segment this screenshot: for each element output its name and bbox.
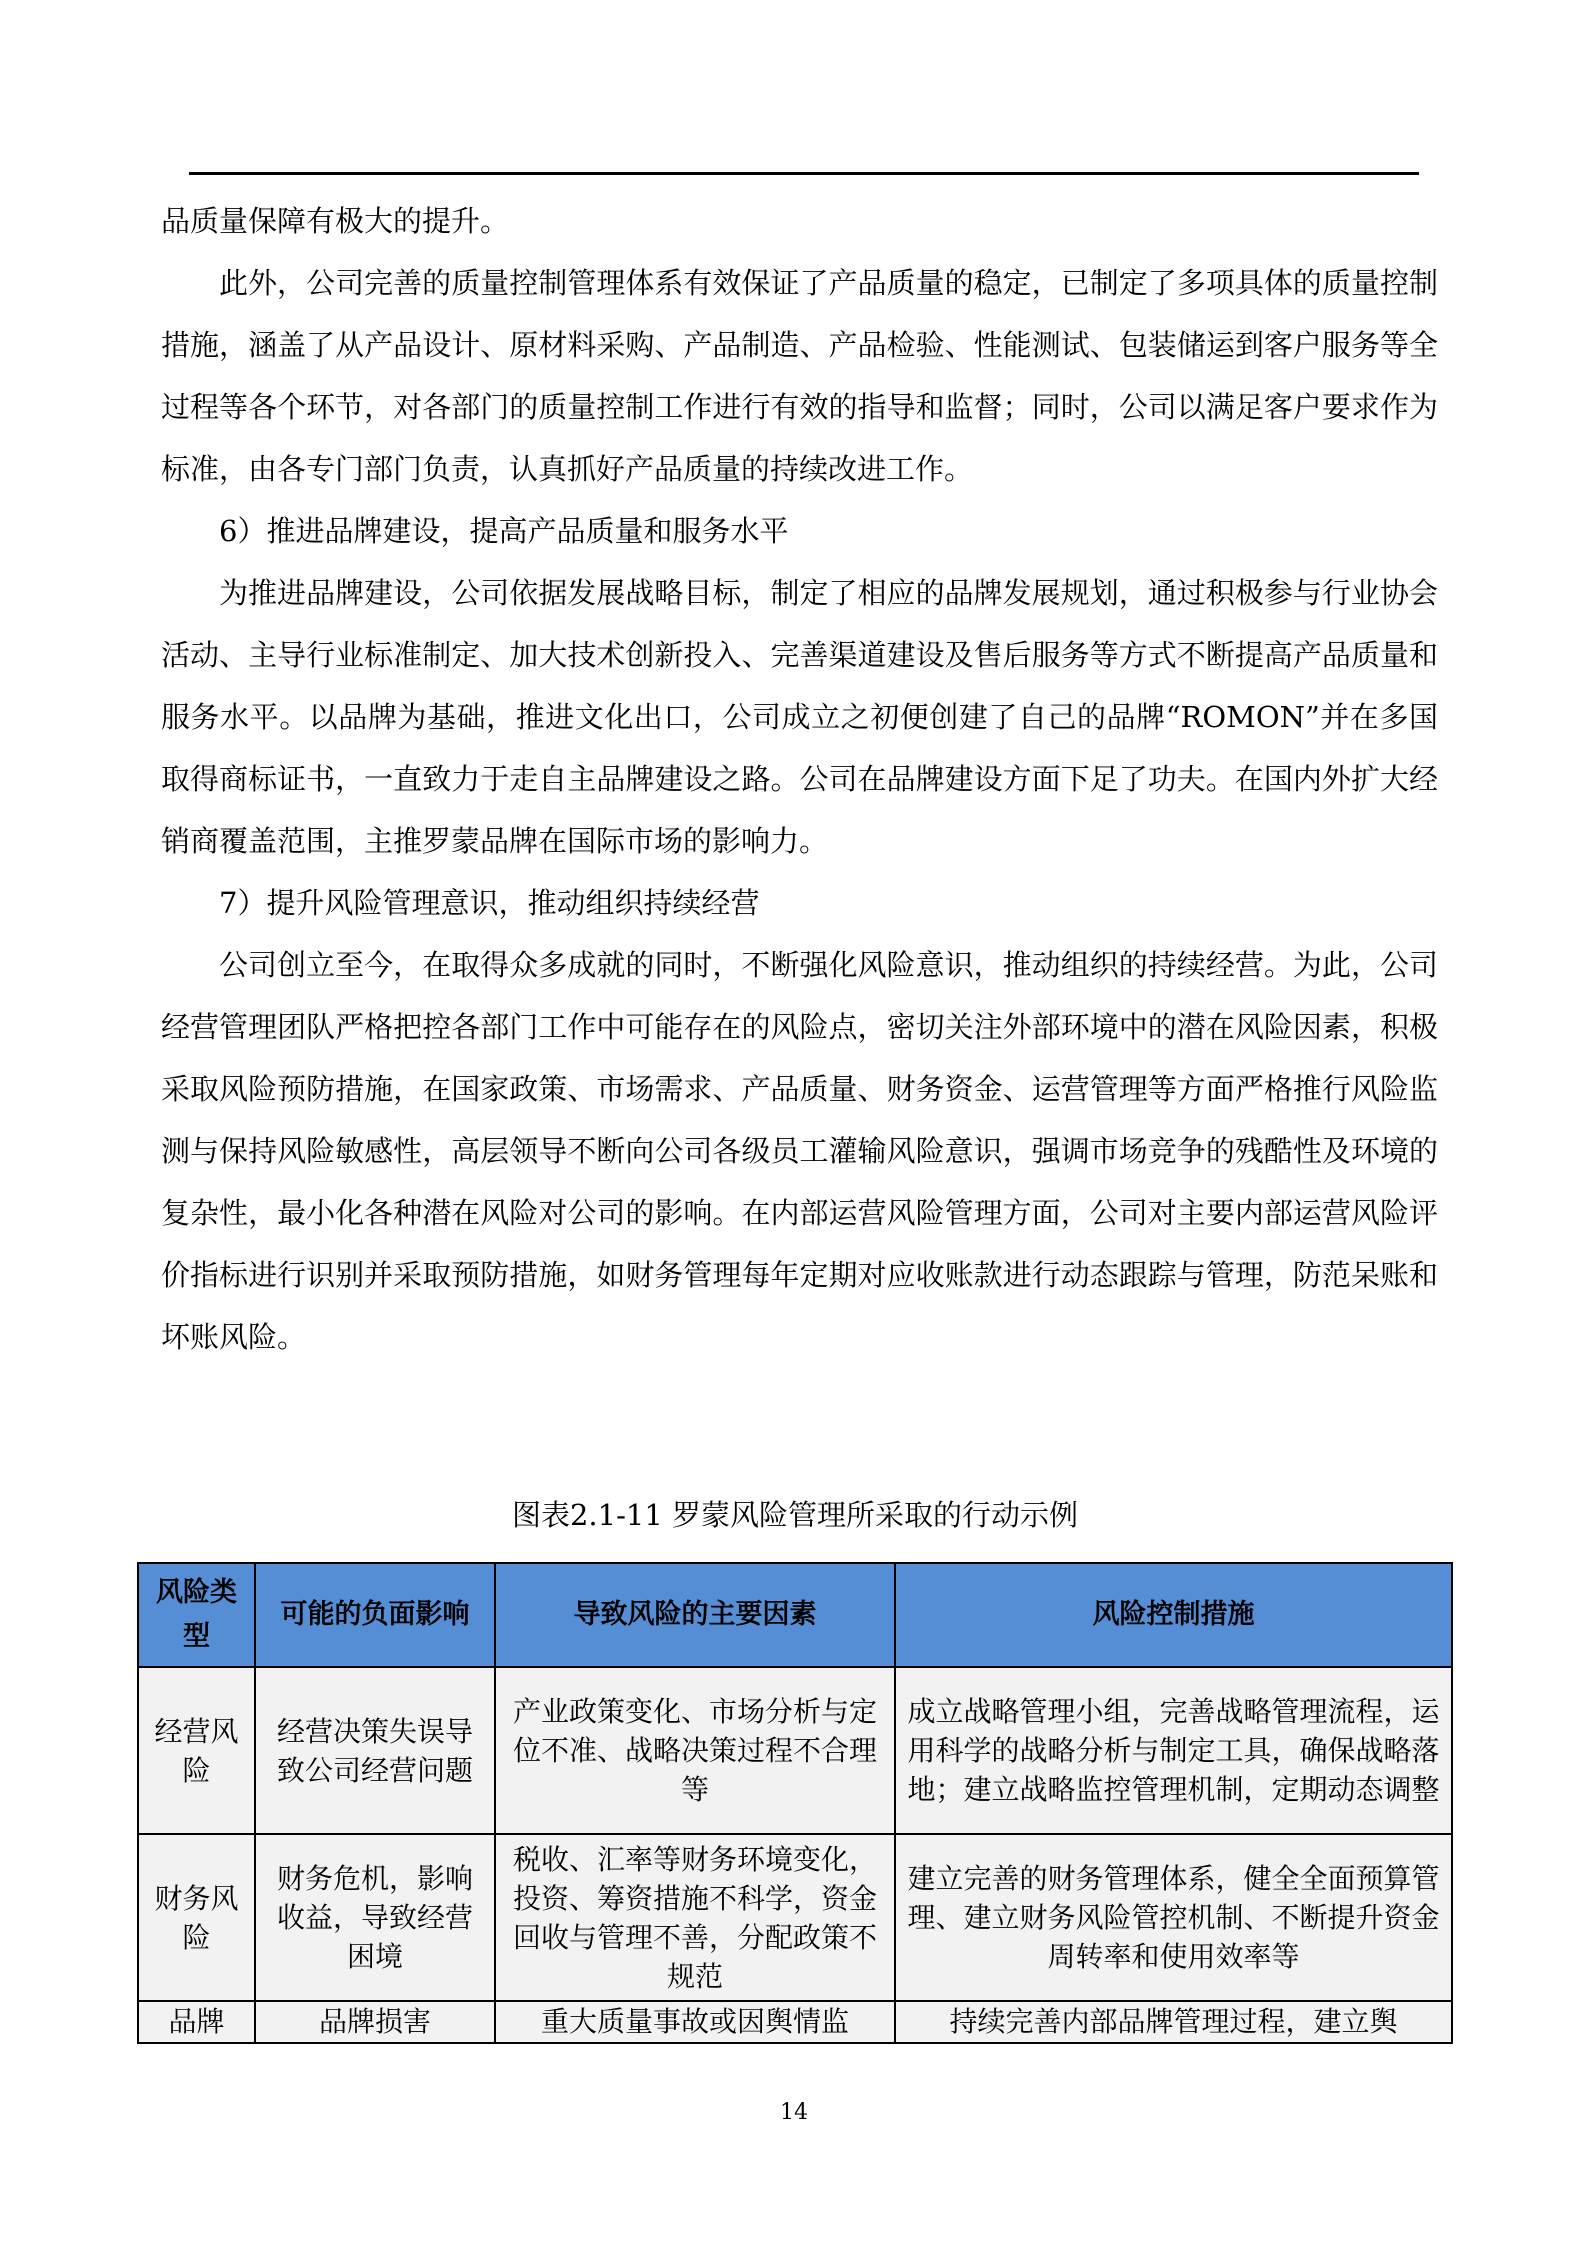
column-header-control-measures: 风险控制措施 bbox=[895, 1563, 1452, 1667]
section-heading-7: 7）提升风险管理意识，推动组织持续经营 bbox=[161, 872, 1438, 934]
cell-risk-type: 品牌 bbox=[138, 2001, 255, 2043]
table-row: 财务风险 财务危机，影响收益，导致经营困境 税收、汇率等财务环境变化，投资、筹资… bbox=[138, 1834, 1452, 2001]
cell-impact: 财务危机，影响收益，导致经营困境 bbox=[255, 1834, 495, 2001]
paragraph-risk-awareness: 公司创立至今，在取得众多成就的同时，不断强化风险意识，推动组织的持续经营。为此，… bbox=[161, 934, 1438, 1368]
column-header-risk-type: 风险类型 bbox=[138, 1563, 255, 1667]
cell-measures: 持续完善内部品牌管理过程，建立舆 bbox=[895, 2001, 1452, 2043]
header-rule bbox=[189, 172, 1419, 175]
section-heading-6: 6）推进品牌建设，提高产品质量和服务水平 bbox=[161, 500, 1438, 562]
cell-risk-type: 财务风险 bbox=[138, 1834, 255, 2001]
paragraph-quality-control: 此外，公司完善的质量控制管理体系有效保证了产品质量的稳定，已制定了多项具体的质量… bbox=[161, 252, 1438, 500]
column-header-main-factors: 导致风险的主要因素 bbox=[495, 1563, 895, 1667]
table-header-row: 风险类型 可能的负面影响 导致风险的主要因素 风险控制措施 bbox=[138, 1563, 1452, 1667]
table-row: 品牌 品牌损害 重大质量事故或因舆情监 持续完善内部品牌管理过程，建立舆 bbox=[138, 2001, 1452, 2043]
document-body: 品质量保障有极大的提升。 此外，公司完善的质量控制管理体系有效保证了产品质量的稳… bbox=[161, 190, 1438, 1368]
cell-impact: 品牌损害 bbox=[255, 2001, 495, 2043]
cell-factors: 产业政策变化、市场分析与定位不准、战略决策过程不合理等 bbox=[495, 1667, 895, 1834]
cell-risk-type: 经营风险 bbox=[138, 1667, 255, 1834]
cell-factors: 税收、汇率等财务环境变化，投资、筹资措施不科学，资金回收与管理不善，分配政策不规… bbox=[495, 1834, 895, 2001]
cell-impact: 经营决策失误导致公司经营问题 bbox=[255, 1667, 495, 1834]
cell-measures: 建立完善的财务管理体系，健全全面预算管理、建立财务风险管控机制、不断提升资金周转… bbox=[895, 1834, 1452, 2001]
figure-caption: 图表2.1-11 罗蒙风险管理所采取的行动示例 bbox=[138, 1493, 1452, 1537]
cell-measures: 成立战略管理小组，完善战略管理流程，运用科学的战略分析与制定工具，确保战略落地；… bbox=[895, 1667, 1452, 1834]
continuation-paragraph: 品质量保障有极大的提升。 bbox=[161, 190, 1438, 252]
table-row: 经营风险 经营决策失误导致公司经营问题 产业政策变化、市场分析与定位不准、战略决… bbox=[138, 1667, 1452, 1834]
paragraph-brand-building: 为推进品牌建设，公司依据发展战略目标，制定了相应的品牌发展规划，通过积极参与行业… bbox=[161, 562, 1438, 872]
page-number: 14 bbox=[0, 2100, 1588, 2125]
cell-factors: 重大质量事故或因舆情监 bbox=[495, 2001, 895, 2043]
risk-management-table: 风险类型 可能的负面影响 导致风险的主要因素 风险控制措施 经营风险 经营决策失… bbox=[137, 1562, 1453, 2044]
column-header-negative-impact: 可能的负面影响 bbox=[255, 1563, 495, 1667]
